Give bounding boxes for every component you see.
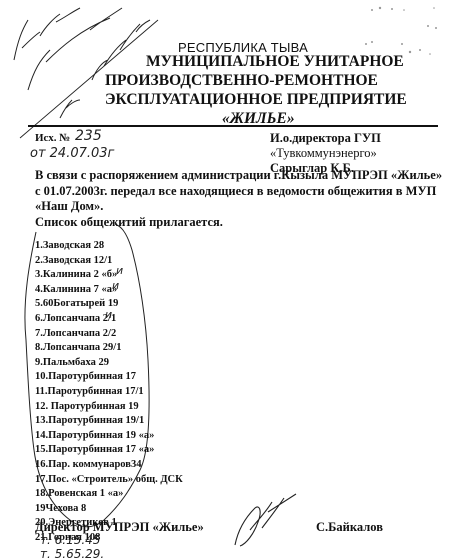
list-item: 4.Калинина 7 «а» xyxy=(35,283,183,298)
list-item: 8.Лопсанчапа 29/1 xyxy=(35,341,183,356)
list-mark: и xyxy=(112,279,119,292)
dormitory-list: 1.Заводская 28 2.Заводская 12/1 3.Калини… xyxy=(35,239,183,545)
list-item: 2.Заводская 12/1 xyxy=(35,254,183,269)
list-item: 10.Паротурбинная 17 xyxy=(35,370,183,385)
list-item: 1.Заводская 28 xyxy=(35,239,183,254)
list-item: 14.Паротурбинная 19 «а» xyxy=(35,429,183,444)
signatory-name: С.Байкалов xyxy=(316,520,383,535)
list-item: 9.Пальмбаха 29 xyxy=(35,356,183,371)
header-line-3: ЭКСПЛУАТАЦИОННОЕ ПРЕДПРИЯТИЕ xyxy=(105,91,407,109)
list-item: 16.Пар. коммунаров34 xyxy=(35,458,183,473)
list-intro: Список общежитий прилагается. xyxy=(35,215,445,231)
header-rule xyxy=(28,125,438,127)
addressee-title: И.о.директора ГУП xyxy=(270,131,381,146)
list-item: 7.Лопсанчапа 2/2 xyxy=(35,327,183,342)
director-signature xyxy=(235,494,296,546)
list-item: 15.Паротурбинная 17 «а» xyxy=(35,443,183,458)
letter-body: В связи с распоряжением администрации г.… xyxy=(35,168,445,230)
reference-number: 235 xyxy=(75,128,102,144)
list-item: 12. Паротурбинная 19 xyxy=(35,400,183,415)
reference-label: Исх. № xyxy=(35,132,70,144)
list-item: 18.Ровенская 1 «а» xyxy=(35,487,183,502)
phone-1: т. 6.15.45 xyxy=(40,533,100,547)
list-mark: и xyxy=(105,308,112,321)
phone-2: т. 5.65.29. xyxy=(40,547,104,560)
header-line-1: МУНИЦИПАЛЬНОЕ УНИТАРНОЕ xyxy=(146,53,404,71)
reference-date: от 24.07.03г xyxy=(30,146,114,161)
header-line-2: ПРОИЗВОДСТВЕННО-РЕМОНТНОЕ xyxy=(105,72,378,90)
addressee-org: «Тувкоммунэнерго» xyxy=(270,146,381,161)
list-item: 17.Пос. «Строитель» общ. ДСК xyxy=(35,473,183,488)
list-item: 11.Паротурбинная 17/1 xyxy=(35,385,183,400)
body-paragraph: В связи с распоряжением администрации г.… xyxy=(35,168,445,215)
list-item: 3.Калинина 2 «б» xyxy=(35,268,183,283)
list-mark: и xyxy=(116,264,123,277)
list-item: 13.Паротурбинная 19/1 xyxy=(35,414,183,429)
stamp-residue xyxy=(365,7,437,55)
list-item: 19Чехова 8 xyxy=(35,502,183,517)
